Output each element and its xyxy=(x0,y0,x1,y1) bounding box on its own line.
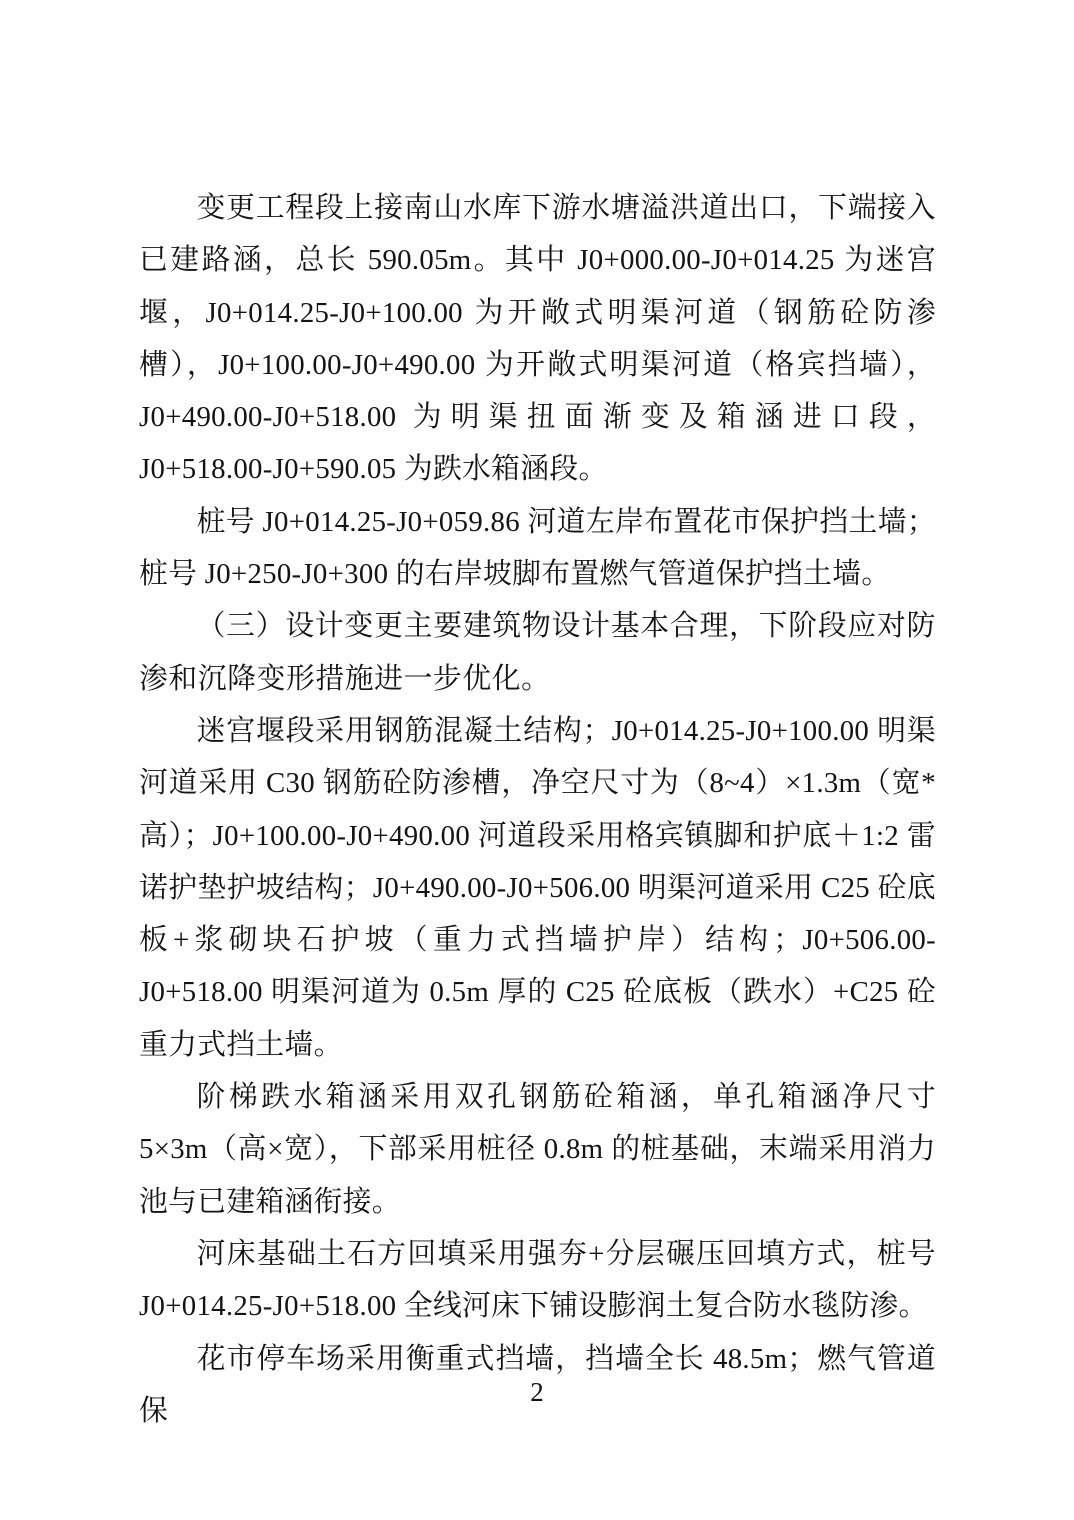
paragraph-channel-structures: 迷宫堰段采用钢筋混凝土结构；J0+014.25-J0+100.00 明渠河道采用… xyxy=(139,705,936,1071)
paragraph-box-culvert: 阶梯跌水箱涵采用双孔钢筋砼箱涵，单孔箱涵净尺寸 5×3m（高×宽），下部采用桩径… xyxy=(139,1071,936,1228)
document-page: 变更工程段上接南山水库下游水塘溢洪道出口，下端接入已建路涵，总长 590.05m… xyxy=(0,0,1074,1520)
section-heading-three: （三）设计变更主要建筑物设计基本合理，下阶段应对防渗和沉降变形措施进一步优化。 xyxy=(139,600,936,705)
paragraph-riverbed-backfill: 河床基础土石方回填采用强夯+分层碾压回填方式，桩号 J0+014.25-J0+5… xyxy=(139,1228,936,1333)
page-number: 2 xyxy=(0,1372,1074,1412)
document-body: 变更工程段上接南山水库下游水塘溢洪道出口，下端接入已建路涵，总长 590.05m… xyxy=(139,182,936,1437)
paragraph-project-overview: 变更工程段上接南山水库下游水塘溢洪道出口，下端接入已建路涵，总长 590.05m… xyxy=(139,182,936,496)
paragraph-retaining-walls: 桩号 J0+014.25-J0+059.86 河道左岸布置花市保护挡土墙；桩号 … xyxy=(139,496,936,601)
